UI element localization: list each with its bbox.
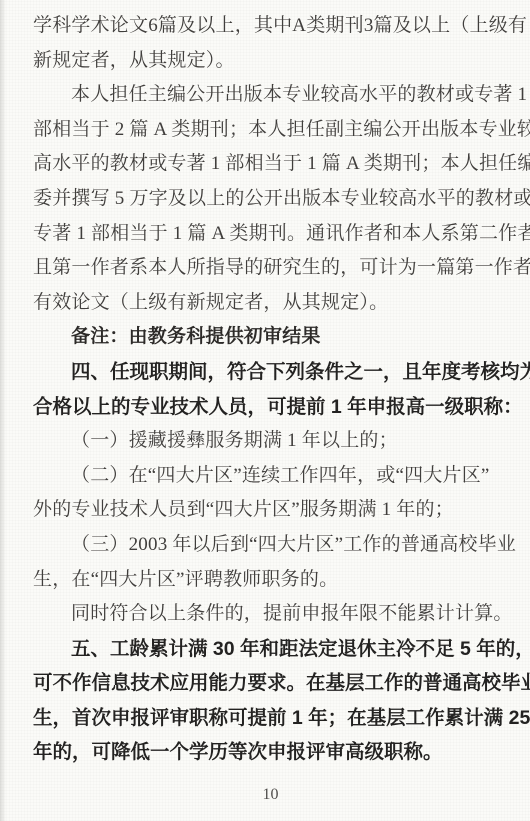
doc-line-section-4: 合格以上的专业技术人员，可提前 1 年申报高一级职称：	[33, 390, 508, 425]
document-page: 学科学术论文6篇及以上，其中A类期刊3篇及以上（上级有 新规定者，从其规定）。 …	[0, 0, 530, 804]
doc-line-section-5: 五、工龄累计满 30 年和距法定退休主冷不足 5 年的，	[33, 632, 508, 667]
doc-line-item-3: （三）2003 年以后到“四大片区”工作的普通高校毕业	[33, 528, 508, 563]
doc-line: 外的专业技术人员到“四大片区”服务期满 1 年的；	[33, 493, 508, 528]
doc-line-section-4: 四、任现职期间，符合下列条件之一，且年度考核均为	[33, 355, 508, 390]
doc-line: 有效论文（上级有新规定者，从其规定）。	[33, 286, 508, 321]
doc-line: 学科学术论文6篇及以上，其中A类期刊3篇及以上（上级有	[33, 9, 508, 44]
doc-line: 高水平的教材或专著 1 部相当于 1 篇 A 类期刊；本人担任编	[33, 147, 508, 182]
doc-line-section-5: 年的，可降低一个学历等次申报评审高级职称。	[33, 735, 508, 770]
doc-line: 部相当于 2 篇 A 类期刊；本人担任副主编公开出版本专业较	[33, 113, 508, 148]
doc-line-note: 备注：由教务科提供初审结果	[33, 320, 508, 355]
doc-line: 且第一作者系本人所指导的研究生的，可计为一篇第一作者	[33, 251, 508, 286]
doc-line-section-5: 可不作信息技术应用能力要求。在基层工作的普通高校毕业	[33, 666, 508, 701]
page-number: 10	[33, 786, 508, 804]
doc-line: 同时符合以上条件的，提前申报年限不能累计计算。	[33, 597, 508, 632]
doc-line: 新规定者，从其规定）。	[33, 44, 508, 79]
doc-line: 生，在“四大片区”评聘教师职务的。	[33, 563, 508, 598]
doc-line-item-1: （一）援藏援彝服务期满 1 年以上的；	[33, 424, 508, 459]
doc-line: 委并撰写 5 万字及以上的公开出版本专业较高水平的教材或	[33, 182, 508, 217]
doc-line: 本人担任主编公开出版本专业较高水平的教材或专著 1	[33, 78, 508, 113]
doc-line-section-5: 生，首次申报评审职称可提前 1 年；在基层工作累计满 25	[33, 701, 508, 736]
doc-line: 专著 1 部相当于 1 篇 A 类期刊。通讯作者和本人系第二作者	[33, 217, 508, 252]
doc-line-item-2: （二）在“四大片区”连续工作四年，或“四大片区”	[33, 459, 508, 494]
